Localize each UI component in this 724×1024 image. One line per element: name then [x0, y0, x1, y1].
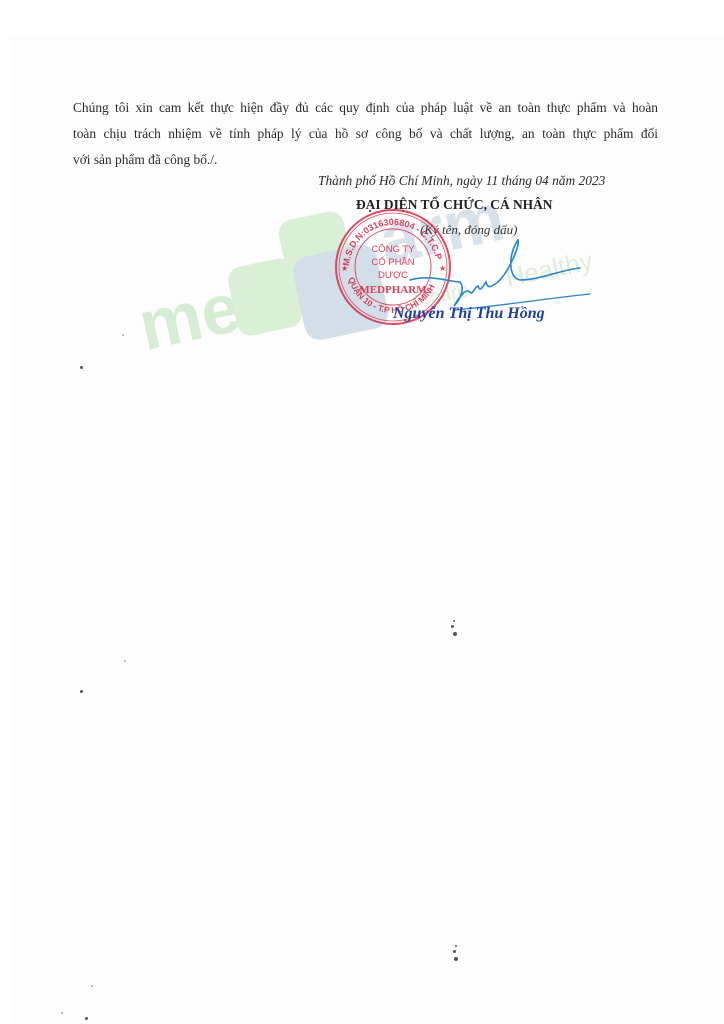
scan-speck [61, 1012, 63, 1014]
place-date-line: Thành phố Hồ Chí Minh, ngày 11 tháng 04 … [318, 173, 638, 189]
scan-speck [453, 632, 457, 636]
scan-speck [455, 945, 457, 947]
scan-speck [91, 985, 93, 987]
scan-speck [124, 660, 126, 662]
scan-speck [451, 625, 454, 628]
scan-speck [122, 334, 124, 336]
paragraph-line: Chúng tôi xin cam kết thực hiện đầy đủ c… [73, 95, 658, 121]
paragraph-line: toàn chịu trách nhiệm về tính pháp lý củ… [73, 121, 658, 147]
scan-speck [80, 690, 83, 693]
svg-text:★: ★ [341, 264, 348, 273]
scan-speck [453, 620, 455, 622]
scan-speck [453, 950, 456, 953]
scan-speck [85, 1017, 88, 1020]
paragraph-line: với sản phẩm đã công bố./. [73, 147, 658, 173]
commitment-paragraph: Chúng tôi xin cam kết thực hiện đầy đủ c… [73, 95, 658, 173]
signer-name: Nguyễn Thị Thu Hồng [393, 305, 545, 323]
scan-speck [80, 366, 83, 369]
scan-speck [454, 957, 458, 961]
